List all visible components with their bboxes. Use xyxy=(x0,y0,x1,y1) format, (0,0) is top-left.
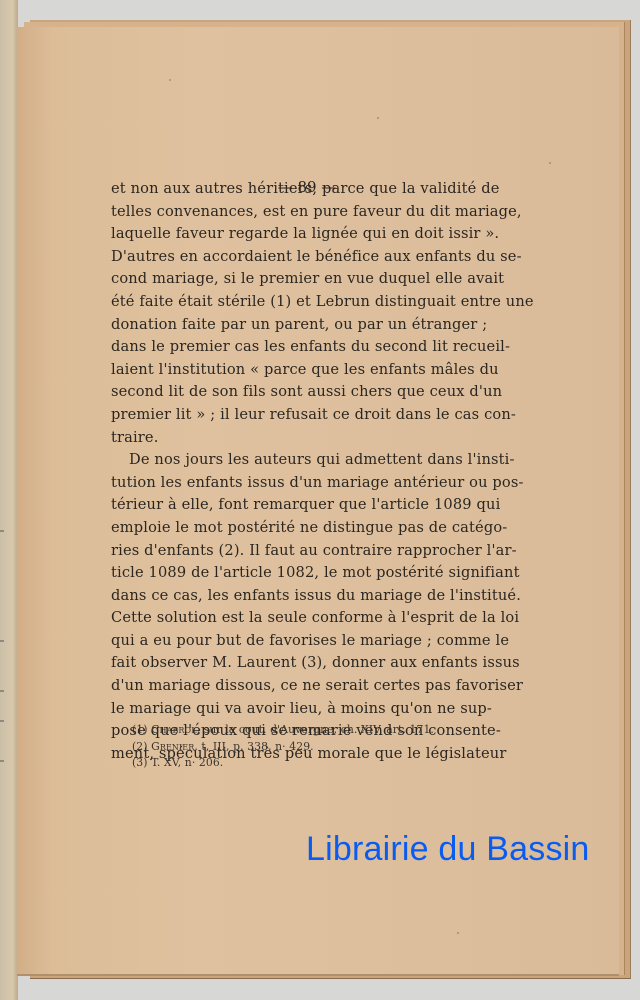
footnote: (2) Grenier, t, III, p. 338, n· 429. xyxy=(132,739,462,756)
text-line: second lit de son fils sont aussi chers … xyxy=(111,381,458,404)
left-page-mark xyxy=(0,530,4,532)
left-page-mark xyxy=(0,760,4,762)
text-line: traire. xyxy=(111,427,458,450)
text-line: ries d'enfants (2). Il faut au contraire… xyxy=(111,540,458,563)
footnote-list: (1) Chabrol, sur la cout. d'Auvergne, ch… xyxy=(132,722,462,772)
paragraph: et non aux autres héritiers, parce que l… xyxy=(111,178,458,449)
footnote-marker: (2) xyxy=(132,740,151,753)
footnote-text: T. XV, n· 206. xyxy=(151,756,223,769)
text-line: fait observer M. Laurent (3), donner aux… xyxy=(111,652,458,675)
text-line: dans le premier cas les enfants du secon… xyxy=(111,336,458,359)
text-line: été faite était stérile (1) et Lebrun di… xyxy=(111,291,458,314)
footnote-marker: (3) xyxy=(132,756,151,769)
footnote-text: , t, III, p. 338, n· 429. xyxy=(194,740,313,753)
left-page-mark xyxy=(0,690,4,692)
text-line: dans ce cas, les enfants issus du mariag… xyxy=(111,585,458,608)
adjacent-left-page-edge xyxy=(0,0,18,1000)
text-line: donation faite par un parent, ou par un … xyxy=(111,314,458,337)
text-line: cond mariage, si le premier en vue duque… xyxy=(111,268,458,291)
text-line: premier lit » ; il leur refusait ce droi… xyxy=(111,404,458,427)
text-line: telles convenances, est en pure faveur d… xyxy=(111,201,458,224)
text-line: laient l'institution « parce que les enf… xyxy=(111,359,458,382)
paper-speck xyxy=(169,79,171,81)
left-page-mark xyxy=(0,720,4,722)
footnote: (3) T. XV, n· 206. xyxy=(132,755,462,772)
text-line: d'un mariage dissous, ce ne serait certe… xyxy=(111,675,458,698)
footnote-marker: (1) xyxy=(132,723,151,736)
watermark-librairie-du-bassin: Librairie du Bassin xyxy=(306,830,590,869)
footnote-text: , sur la cout. d'Auvergne, ch. XIV, art.… xyxy=(197,723,434,736)
text-line: laquelle faveur regarde la lignée qui en… xyxy=(111,223,458,246)
text-line: Cette solution est la seule conforme à l… xyxy=(111,607,458,630)
paper-speck xyxy=(377,117,379,119)
paragraph: De nos jours les auteurs qui admettent d… xyxy=(111,449,458,765)
paper-speck xyxy=(549,162,551,164)
footnote-author: Chabrol xyxy=(151,723,197,736)
text-line: tution les enfants issus d'un mariage an… xyxy=(111,472,458,495)
paper-speck xyxy=(457,932,459,934)
footnote-author: Grenier xyxy=(151,740,194,753)
text-line: ticle 1089 de l'article 1082, le mot pos… xyxy=(111,562,458,585)
left-page-mark xyxy=(0,640,4,642)
text-line: emploie le mot postérité ne distingue pa… xyxy=(111,517,458,540)
text-line: et non aux autres héritiers, parce que l… xyxy=(111,178,458,201)
text-line: qui a eu pour but de favorises le mariag… xyxy=(111,630,458,653)
text-line: térieur à elle, font remarquer que l'art… xyxy=(111,494,458,517)
text-line: D'autres en accordaient le bénéfice aux … xyxy=(111,246,458,269)
footnote: (1) Chabrol, sur la cout. d'Auvergne, ch… xyxy=(132,722,462,739)
body-text: et non aux autres héritiers, parce que l… xyxy=(111,178,458,765)
footnotes: (1) Chabrol, sur la cout. d'Auvergne, ch… xyxy=(132,722,462,772)
text-line: De nos jours les auteurs qui admettent d… xyxy=(111,449,458,472)
text-line: le mariage qui va avoir lieu, à moins qu… xyxy=(111,698,458,721)
paragraphs: et non aux autres héritiers, parce que l… xyxy=(111,178,458,765)
